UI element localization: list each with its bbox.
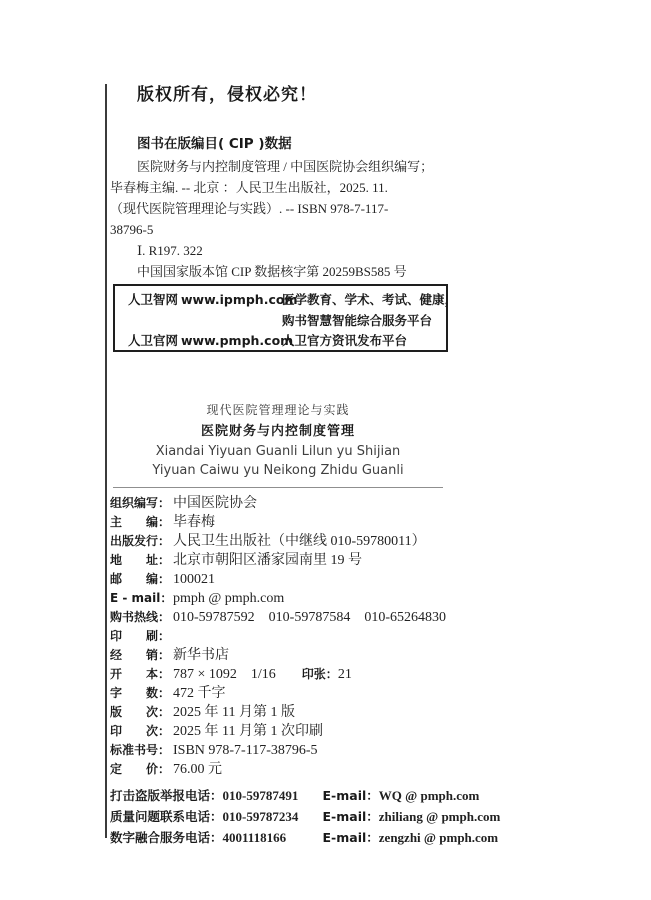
colophon-value: 2025 年 11 月第 1 版 [173, 705, 295, 720]
hotline-email: zengzhi @ pmph.com [379, 830, 498, 845]
colophon-value: 787 × 1092 1/16 [173, 667, 276, 682]
colophon-label: E - mail： [110, 589, 173, 608]
colophon-value: 中国医院协会 [173, 496, 257, 511]
platform-url: www.pmph.com [181, 331, 282, 352]
colophon-value: 100021 [173, 572, 215, 587]
hotline-email: WQ @ pmph.com [379, 788, 480, 803]
cip-line: Ⅰ. R197. 322 [110, 240, 485, 261]
colophon-row: 定 价：76.00 元 [110, 760, 610, 779]
colophon-label: 印 刷： [110, 627, 173, 646]
colophon-row: 版 次：2025 年 11 月第 1 版 [110, 703, 610, 722]
platform-desc-line: 医学教育、学术、考试、健康， [282, 292, 457, 307]
platform-info-box: 人卫智网 www.ipmph.com 医学教育、学术、考试、健康， 购书智慧智能… [113, 284, 448, 352]
copyright-notice: 版权所有，侵权必究！ [137, 80, 317, 105]
colophon: 组织编写：中国医院协会 主 编：毕春梅 出版发行：人民卫生出版社（中继线 010… [110, 494, 610, 848]
cip-line: 毕春梅主编. -- 北京 ：人民卫生出版社，2025. 11. [110, 177, 485, 198]
colophon-value: 北京市朝阳区潘家园南里 19 号 [173, 553, 362, 568]
colophon-row: 组织编写：中国医院协会 [110, 494, 610, 513]
hotline-row: 数字融合服务电话：4001118166E-mail：zengzhi @ pmph… [110, 827, 610, 848]
colophon-row: E - mail：pmph @ pmph.com [110, 589, 610, 608]
cip-line: 中国国家版本馆 CIP 数据核字第 20259BS585 号 [110, 261, 485, 282]
colophon-label: 印张： [302, 667, 338, 681]
cip-data-block: 医院财务与内控制度管理 / 中国医院协会组织编写； 毕春梅主编. -- 北京 ：… [110, 156, 485, 282]
hotline-row: 质量问题联系电话：010-59787234E-mail：zhiliang @ p… [110, 806, 610, 827]
colophon-value: 010-59787592 010-59787584 010-65264830 [173, 610, 446, 625]
colophon-row: 印 刷： [110, 627, 610, 646]
cip-line: 医院财务与内控制度管理 / 中国医院协会组织编写； [110, 156, 485, 177]
section-divider [113, 487, 443, 488]
platform-desc: 人卫官方资讯发布平台 [282, 331, 457, 352]
colophon-label: 定 价： [110, 760, 173, 779]
colophon-row: 开 本：787 × 1092 1/16印张：21 [110, 665, 610, 684]
pinyin-line: Xiandai Yiyuan Guanli Lilun yu Shijian [113, 442, 443, 461]
hotline-label: 质量问题联系电话： [110, 809, 223, 824]
colophon-value: pmph @ pmph.com [173, 591, 284, 606]
colophon-row: 邮 编：100021 [110, 570, 610, 589]
hotline-phone: 010-59787491 [223, 785, 309, 806]
colophon-value: 新华书店 [173, 648, 229, 663]
colophon-value: 人民卫生出版社（中继线 010-59780011） [173, 534, 426, 549]
colophon-label: 版 次： [110, 703, 173, 722]
colophon-label: 主 编： [110, 513, 173, 532]
hotline-phone: 010-59787234 [223, 806, 309, 827]
colophon-label: 标准书号： [110, 741, 173, 760]
colophon-label: 地 址： [110, 551, 173, 570]
hotline-phone: 4001118166 [223, 827, 309, 848]
platform-name: 人卫智网 [128, 290, 181, 311]
hotline-block: 打击盗版举报电话：010-59787491E-mail：WQ @ pmph.co… [110, 785, 610, 848]
colophon-value: 21 [338, 667, 352, 682]
colophon-value: 2025 年 11 月第 1 次印刷 [173, 724, 323, 739]
cip-line: 38796-5 [110, 219, 485, 240]
hotline-email-label: E-mail： [323, 788, 379, 803]
colophon-label: 印 次： [110, 722, 173, 741]
platform-grid: 人卫智网 www.ipmph.com 医学教育、学术、考试、健康， 购书智慧智能… [128, 290, 440, 352]
series-title: 现代医院管理理论与实践 [113, 400, 443, 421]
hotline-label: 数字融合服务电话： [110, 830, 223, 845]
hotline-email: zhiliang @ pmph.com [379, 809, 501, 824]
hotline-label: 打击盗版举报电话： [110, 788, 223, 803]
pinyin-line: Yiyuan Caiwu yu Neikong Zhidu Guanli [113, 461, 443, 480]
platform-url: www.ipmph.com [181, 290, 282, 311]
book-title: 医院财务与内控制度管理 [113, 421, 443, 442]
colophon-label: 邮 编： [110, 570, 173, 589]
colophon-label: 经 销： [110, 646, 173, 665]
colophon-row: 地 址：北京市朝阳区潘家园南里 19 号 [110, 551, 610, 570]
colophon-label: 购书热线： [110, 608, 173, 627]
colophon-label: 开 本： [110, 665, 173, 684]
colophon-value: 472 千字 [173, 686, 226, 701]
cip-line: （现代医院管理理论与实践）. -- ISBN 978-7-117- [110, 198, 485, 219]
platform-desc: 医学教育、学术、考试、健康， 购书智慧智能综合服务平台 [282, 290, 457, 331]
title-block: 现代医院管理理论与实践 医院财务与内控制度管理 Xiandai Yiyuan G… [113, 400, 443, 480]
colophon-row: 购书热线：010-59787592 010-59787584 010-65264… [110, 608, 610, 627]
colophon-row: 主 编：毕春梅 [110, 513, 610, 532]
cip-heading: 图书在版编目( CIP )数据 [137, 132, 292, 152]
colophon-row: 印 次：2025 年 11 月第 1 次印刷 [110, 722, 610, 741]
spine-rule [105, 84, 107, 838]
hotline-email-label: E-mail： [323, 809, 379, 824]
hotline-row: 打击盗版举报电话：010-59787491E-mail：WQ @ pmph.co… [110, 785, 610, 806]
colophon-row: 出版发行：人民卫生出版社（中继线 010-59780011） [110, 532, 610, 551]
colophon-label: 组织编写： [110, 494, 173, 513]
hotline-email-label: E-mail： [323, 830, 379, 845]
colophon-value: 76.00 元 [173, 762, 222, 777]
colophon-row: 字 数：472 千字 [110, 684, 610, 703]
colophon-value: 毕春梅 [173, 515, 215, 530]
colophon-row: 经 销：新华书店 [110, 646, 610, 665]
colophon-label: 出版发行： [110, 532, 173, 551]
platform-desc-line: 购书智慧智能综合服务平台 [282, 313, 432, 328]
colophon-value: ISBN 978-7-117-38796-5 [173, 743, 318, 758]
copyright-page: 版权所有，侵权必究！ 图书在版编目( CIP )数据 医院财务与内控制度管理 /… [0, 0, 651, 900]
colophon-row: 标准书号：ISBN 978-7-117-38796-5 [110, 741, 610, 760]
colophon-label: 字 数： [110, 684, 173, 703]
platform-name: 人卫官网 [128, 331, 181, 352]
